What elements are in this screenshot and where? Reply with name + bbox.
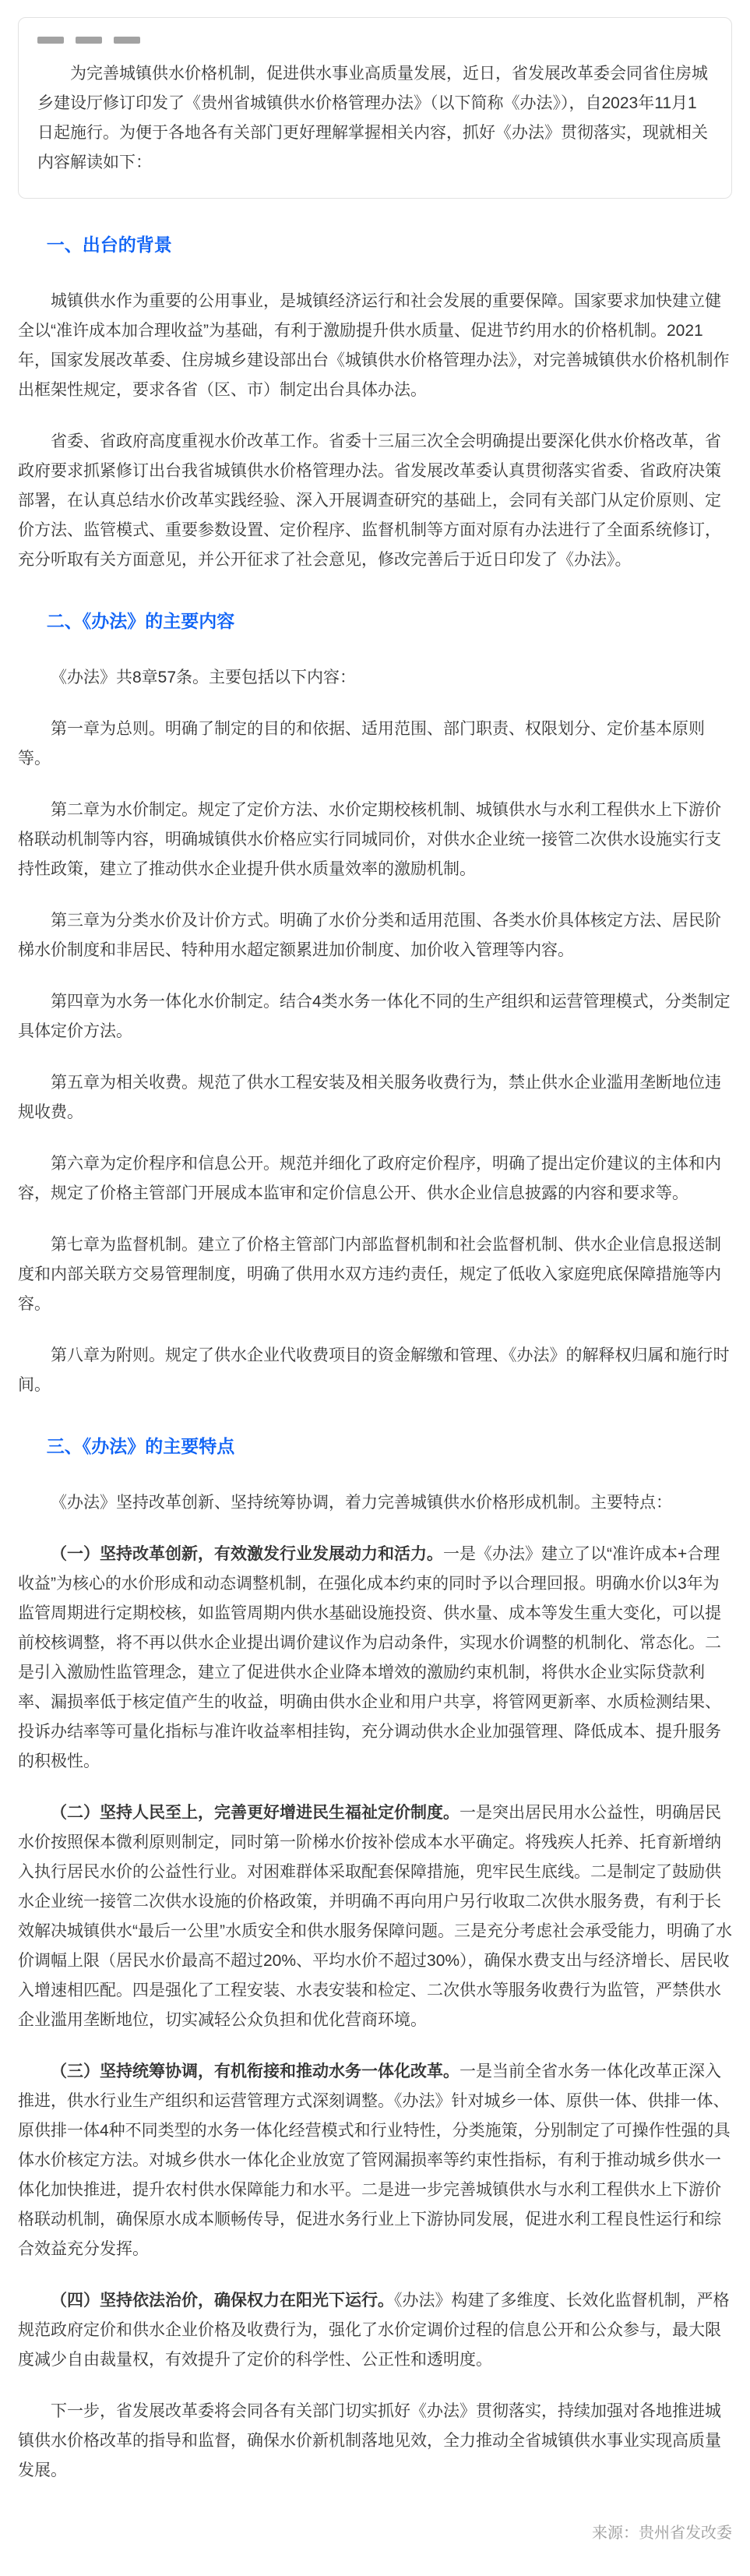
paragraph-text: 第五章为相关收费。规范了供水工程安装及相关服务收费行为，禁止供水企业滥用垄断地位… bbox=[18, 1074, 721, 1121]
paragraph-text: 第三章为分类水价及计价方式。明确了水价分类和适用范围、各类水价具体核定方法、居民… bbox=[18, 912, 721, 959]
paragraph-text: 第七章为监督机制。建立了价格主管部门内部监督机制和社会监督机制、供水企业信息报送… bbox=[18, 1236, 721, 1313]
paragraph: 第一章为总则。明确了制定的目的和依据、适用范围、部门职责、权限划分、定价基本原则… bbox=[18, 715, 732, 774]
paragraph: 《办法》共8章57条。主要包括以下内容： bbox=[18, 663, 732, 693]
dash-icon bbox=[37, 37, 64, 44]
paragraph-text: 《办法》坚持改革创新、坚持统筹协调，着力完善城镇供水价格形成机制。主要特点： bbox=[51, 1494, 672, 1512]
paragraph: 第四章为水务一体化水价制定。结合4类水务一体化不同的生产组织和运营管理模式，分类… bbox=[18, 987, 732, 1046]
paragraph: （四）坚持依法治价，确保权力在阳光下运行。《办法》构建了多维度、长效化监督机制，… bbox=[18, 2286, 732, 2375]
paragraph: 第二章为水价制定。规定了定价方法、水价定期校核机制、城镇供水与水利工程供水上下游… bbox=[18, 796, 732, 884]
paragraph-lead: （四）坚持依法治价，确保权力在阳光下运行。 bbox=[51, 2292, 394, 2310]
paragraph-text: 一是当前全省水务一体化改革正深入推进，供水行业生产组织和运营管理方式深刻调整。《… bbox=[18, 2063, 731, 2258]
intro-quote-box: 为完善城镇供水价格机制，促进供水事业高质量发展，近日，省发展改革委会同省住房城乡… bbox=[18, 17, 732, 199]
dash-icon bbox=[114, 37, 140, 44]
paragraph: （二）坚持人民至上，完善更好增进民生福祉定价制度。一是突出居民用水公益性，明确居… bbox=[18, 1798, 732, 2035]
intro-paragraph: 为完善城镇供水价格机制，促进供水事业高质量发展，近日，省发展改革委会同省住房城乡… bbox=[37, 59, 713, 178]
section-heading-2: 二、《办法》的主要内容 bbox=[18, 609, 732, 633]
paragraph-text: 第一章为总则。明确了制定的目的和依据、适用范围、部门职责、权限划分、定价基本原则… bbox=[18, 720, 705, 768]
paragraph-lead: （一）坚持改革创新，有效激发行业发展动力和活力。 bbox=[51, 1545, 443, 1563]
section-heading-3: 三、《办法》的主要特点 bbox=[18, 1434, 732, 1459]
paragraph: 第五章为相关收费。规范了供水工程安装及相关服务收费行为，禁止供水企业滥用垄断地位… bbox=[18, 1068, 732, 1127]
paragraph-text: 第八章为附则。规定了供水企业代收费项目的资金解缴和管理、《办法》的解释权归属和施… bbox=[18, 1346, 730, 1394]
paragraph-text: 省委、省政府高度重视水价改革工作。省委十三届三次全会明确提出要深化供水价格改革，… bbox=[18, 432, 721, 569]
paragraph: 省委、省政府高度重视水价改革工作。省委十三届三次全会明确提出要深化供水价格改革，… bbox=[18, 427, 732, 575]
paragraph-text: 一是《办法》建立了以“准许成本+合理收益”为核心的水价形成和动态调整机制，在强化… bbox=[18, 1545, 721, 1770]
paragraph-text: 下一步，省发展改革委将会同各有关部门切实抓好《办法》贯彻落实，持续加强对各地推进… bbox=[18, 2402, 721, 2479]
paragraph: 第六章为定价程序和信息公开。规范并细化了政府定价程序，明确了提出定价建议的主体和… bbox=[18, 1149, 732, 1209]
paragraph: 城镇供水作为重要的公用事业，是城镇经济运行和社会发展的重要保障。国家要求加快建立… bbox=[18, 287, 732, 405]
paragraph-text: 第四章为水务一体化水价制定。结合4类水务一体化不同的生产组织和运营管理模式，分类… bbox=[18, 993, 731, 1040]
paragraph: 《办法》坚持改革创新、坚持统筹协调，着力完善城镇供水价格形成机制。主要特点： bbox=[18, 1488, 732, 1518]
paragraph-lead: （三）坚持统筹协调，有机衔接和推动水务一体化改革。 bbox=[51, 2063, 460, 2080]
source-credit: 来源：贵州省发改委 bbox=[18, 2521, 732, 2545]
paragraph: （一）坚持改革创新，有效激发行业发展动力和活力。一是《办法》建立了以“准许成本+… bbox=[18, 1540, 732, 1777]
paragraph-text: 《办法》共8章57条。主要包括以下内容： bbox=[51, 669, 356, 686]
paragraph-text: 第六章为定价程序和信息公开。规范并细化了政府定价程序，明确了提出定价建议的主体和… bbox=[18, 1155, 721, 1202]
paragraph-lead: （二）坚持人民至上，完善更好增进民生福祉定价制度。 bbox=[51, 1804, 460, 1822]
paragraph-text: 第二章为水价制定。规定了定价方法、水价定期校核机制、城镇供水与水利工程供水上下游… bbox=[18, 801, 721, 878]
paragraph: 下一步，省发展改革委将会同各有关部门切实抓好《办法》贯彻落实，持续加强对各地推进… bbox=[18, 2397, 732, 2486]
section-heading-1: 一、出台的背景 bbox=[18, 233, 732, 257]
paragraph: 第八章为附则。规定了供水企业代收费项目的资金解缴和管理、《办法》的解释权归属和施… bbox=[18, 1341, 732, 1400]
paragraph: （三）坚持统筹协调，有机衔接和推动水务一体化改革。一是当前全省水务一体化改革正深… bbox=[18, 2057, 732, 2264]
dash-icon bbox=[76, 37, 102, 44]
paragraph-text: 一是突出居民用水公益性，明确居民水价按照保本微利原则制定，同时第一阶梯水价按补偿… bbox=[18, 1804, 732, 2029]
paragraph: 第三章为分类水价及计价方式。明确了水价分类和适用范围、各类水价具体核定方法、居民… bbox=[18, 906, 732, 965]
paragraph: 第七章为监督机制。建立了价格主管部门内部监督机制和社会监督机制、供水企业信息报送… bbox=[18, 1230, 732, 1319]
paragraph-text: 城镇供水作为重要的公用事业，是城镇经济运行和社会发展的重要保障。国家要求加快建立… bbox=[18, 292, 730, 399]
article-page: 为完善城镇供水价格机制，促进供水事业高质量发展，近日，省发展改革委会同省住房城乡… bbox=[0, 0, 750, 2576]
intro-dashes bbox=[37, 37, 713, 44]
